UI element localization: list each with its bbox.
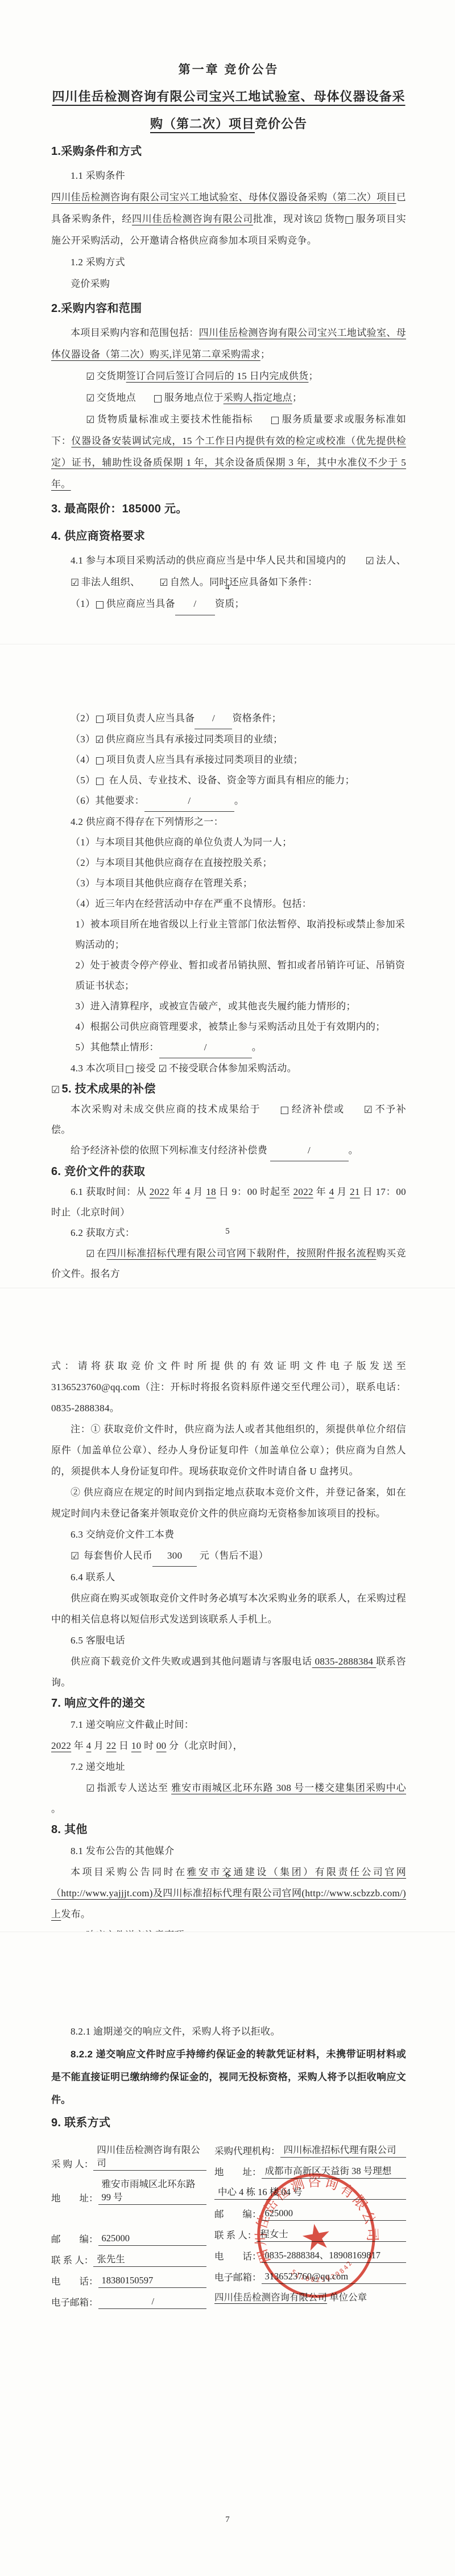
page-number: 5 xyxy=(0,1227,455,1236)
checkbox-checked-icon: ☑ xyxy=(346,557,375,566)
text-segment: 6. 竞价文件的获取 xyxy=(51,1165,145,1178)
text-segment: 8.2.2 递交响应文件时应手持缔约保证金的转款凭证材料，未携带证明材料或是不能… xyxy=(51,2049,406,2105)
subsection-7-1: 7.1 递交响应文件截止时间： xyxy=(51,1714,406,1735)
checkbox-line: ☑交货期签订合同后签订合同后的 15 日内完成供货； xyxy=(51,365,406,387)
contact-value: 程女士 xyxy=(257,2228,406,2242)
text-segment: （4） xyxy=(71,754,95,765)
checkbox-empty-icon: □ xyxy=(136,394,163,404)
subsection-6-3: 6.3 交纳竞价文件工本费 xyxy=(51,1524,406,1545)
checkbox-checked-icon: ☑ xyxy=(69,394,95,404)
text-segment: （1） xyxy=(71,598,95,609)
text-segment: 1.2 采购方式 xyxy=(71,257,125,268)
text-segment: 4 xyxy=(185,1186,191,1197)
document: 第一章 竞价公告四川佳岳检测咨询有限公司宝兴工地试验室、母体仪器设备采购（第二次… xyxy=(0,0,455,2576)
text-segment: 00 xyxy=(156,1740,167,1751)
text-segment: 8. 其他 xyxy=(51,1823,88,1836)
contact-value: 18380150597 xyxy=(98,2274,207,2288)
text-segment: ； xyxy=(308,371,318,381)
list-item: （6）其他要求：/。 xyxy=(51,791,406,812)
list-item: （2）与本项目其他供应商存在直接控股关系； xyxy=(51,853,406,873)
subsection-8-2-1: 8.2.1 逾期递交的响应文件，采购人将予以拒收。 xyxy=(51,2020,406,2043)
text-segment: 购（第二次）项目 xyxy=(150,117,255,131)
text-segment: 8.1 发布公告的其他媒介 xyxy=(71,1846,174,1856)
text-segment: 5）其他禁止情形： xyxy=(76,1042,159,1053)
contact-row: 电 话：0835-2888384、18908169817 xyxy=(214,2249,406,2263)
section-heading-6: 6. 竞价文件的获取 xyxy=(51,1161,406,1182)
section-heading-4: 4. 供应商资格要求 xyxy=(51,523,406,550)
checkbox-empty-icon: □ xyxy=(95,777,104,786)
list-item: （4）近三年内在经营活动中存在严重不良情形。包括： xyxy=(51,894,406,914)
checkbox-empty-icon: □ xyxy=(95,714,104,724)
contact-label: 采 购 人： xyxy=(51,2158,93,2171)
contact-label: 电 话： xyxy=(51,2275,98,2288)
checkbox-empty-icon: □ xyxy=(260,1106,289,1115)
text-segment: 批准，现对该 xyxy=(253,213,313,224)
contact-value: 625000 xyxy=(262,2207,406,2221)
section-heading-7: 7. 响应文件的递交 xyxy=(51,1693,406,1714)
text-segment: 。 xyxy=(51,1803,61,1814)
text-segment: 7. 响应文件的递交 xyxy=(51,1697,145,1710)
subsection-6-5: 6.5 客服电话 xyxy=(51,1630,406,1651)
list-item: （3）☑供应商应当具有承接过同类项目的业绩； xyxy=(51,729,406,750)
list-subitem: 2）处于被责令停产停业、暂扣或者吊销执照、暂扣或者吊销许可证、吊销资质证书状态； xyxy=(51,955,406,996)
subsection-7-2: 7.2 递交地址 xyxy=(51,1756,406,1777)
text-segment: 供应商应当具有承接过同类项目的业绩； xyxy=(106,734,283,745)
text-segment: （2） xyxy=(71,713,95,724)
section-heading-3: 3. 最高限价：185000 元。 xyxy=(51,495,406,523)
page-number: 7 xyxy=(0,2515,455,2525)
checkbox-empty-icon: □ xyxy=(345,215,354,225)
seal-caption-company: 四川佳岳检测咨询有限公司 xyxy=(214,2292,327,2303)
text-segment: 6.4 联系人 xyxy=(71,1572,115,1583)
text-segment: 6.3 交纳竞价文件工本费 xyxy=(71,1529,174,1540)
text-segment: 5. 技术成果的补偿 xyxy=(62,1083,156,1095)
contact-row: 地 址：雅安市雨城区北环东路 99 号 xyxy=(51,2178,206,2205)
seal-caption: 四川佳岳检测咨询有限公司 单位公章 xyxy=(214,2291,406,2304)
contact-label: 地 址： xyxy=(51,2192,98,2205)
list-subitem: 4）根据公司供应商管理要求，被禁止参与采购活动且处于有效期内的； xyxy=(51,1017,406,1037)
paragraph: 供应商下载竞价文件失败或遇到其他问题请与客服电话 0835-2888384 联系… xyxy=(51,1651,406,1693)
subsection-8-2: 8.2 响应文件递交注意事项： xyxy=(51,1925,406,1932)
text-segment: 货物 xyxy=(324,213,345,224)
text-segment: 项目负责人应当具备 xyxy=(106,713,195,724)
text-segment: 21 xyxy=(350,1186,360,1197)
checkbox-empty-icon: □ xyxy=(253,416,280,425)
text-segment: 服务地点位于 xyxy=(164,392,224,403)
page-number: 4 xyxy=(0,583,455,593)
contact-value: 张先生 xyxy=(93,2253,206,2267)
text-segment: 。 xyxy=(349,1145,358,1156)
contact-row xyxy=(51,2212,206,2225)
list-subitem: 3）进入清算程序，或被宣告破产，或其他丧失履约能力情形的； xyxy=(51,996,406,1017)
contact-label: 联 系 人： xyxy=(214,2229,257,2242)
text-segment: 3）进入清算程序，或被宣告破产，或其他丧失履约能力情形的； xyxy=(76,1001,356,1012)
text-segment: 四川佳岳检测咨询有限公司 xyxy=(132,213,253,224)
checkbox-checked-icon: ☑ xyxy=(69,372,95,382)
contact-label: 采购代理机构： xyxy=(214,2144,280,2158)
text-segment: 2.采购内容和范围 xyxy=(51,302,142,315)
text-segment: 本项目采购内容和范围包括： xyxy=(71,327,199,338)
text-segment: 1）被本项目所在地省级以上行业主管部门依法暂停、取消投标或禁止参加采购活动的； xyxy=(76,919,406,950)
page-6: 式：请将获取竞价文件时所提供的有效证明文件电子版发送至 3136523760@q… xyxy=(0,1288,455,1932)
seal-caption-suffix: 单位公章 xyxy=(327,2292,367,2303)
text-segment: （2）与本项目其他供应商存在直接控股关系； xyxy=(71,857,272,868)
fill-in-blank: / xyxy=(195,708,232,729)
text-segment: 4.3 本次项目 xyxy=(71,1063,125,1074)
text-segment: 年 xyxy=(313,1186,329,1197)
text-segment: 22 xyxy=(106,1740,117,1751)
text-segment: 交货期 xyxy=(97,371,126,381)
checkbox-checked-icon: ☑ xyxy=(313,215,322,225)
text-segment: 4.2 供应商不得存在下列情形之一： xyxy=(71,816,224,827)
text-segment: 元（售后不退） xyxy=(197,1550,268,1561)
text-segment: 雅安市雨城区北环东路 308 号一楼交建集团采购中心 xyxy=(171,1782,406,1793)
text-segment: 2022 xyxy=(150,1186,169,1197)
checkbox-checked-icon: ☑ xyxy=(51,1086,60,1095)
fill-in-blank: / xyxy=(270,1140,349,1161)
text-segment: 9. 联系方式 xyxy=(51,2117,110,2129)
contact-row: 电子邮箱：/ xyxy=(51,2295,206,2309)
contact-row: 地 址：成都市高新区天益街 38 号理想 xyxy=(214,2164,406,2179)
text-segment: 年 xyxy=(169,1186,185,1197)
text-segment: 供应商在购买或领取竞价文件时务必填写本次采购业务的联系人，在采购过程中的相关信息… xyxy=(51,1593,406,1625)
document-title-line-2: 购（第二次）项目竞价公告 xyxy=(51,110,406,138)
contact-info-block: 采 购 人：四川佳岳检测咨询有限公司地 址：雅安市雨城区北环东路 99 号邮 编… xyxy=(51,2143,406,2316)
text-segment: 4.1 参与本项目采购活动的供应商应当是中华人民共和国境内的 xyxy=(71,555,346,566)
paragraph: 供应商在购买或领取竞价文件时务必填写本次采购业务的联系人，在采购过程中的相关信息… xyxy=(51,1588,406,1630)
text-segment: 2）处于被责令停产停业、暂扣或者吊销执照、暂扣或者吊销许可证、吊销资质证书状态； xyxy=(76,960,406,991)
document-title-line-1: 四川佳岳检测咨询有限公司宝兴工地试验室、母体仪器设备采 xyxy=(51,83,406,110)
contact-label: 电 话： xyxy=(214,2250,262,2263)
subsection-8-2-2: 8.2.2 递交响应文件时应手持缔约保证金的转款凭证材料，未携带证明材料或是不能… xyxy=(51,2043,406,2111)
contact-value: 四川标准招标代理有限公司 xyxy=(280,2143,406,2158)
contact-value: 0835-2888384、18908169817 xyxy=(262,2249,406,2263)
checkbox-empty-icon: □ xyxy=(95,756,104,766)
text-segment: ； xyxy=(292,392,302,403)
contact-value: 3136523760@qq.com xyxy=(262,2270,406,2284)
text-segment: 第一章 竞价公告 xyxy=(179,63,279,76)
contact-value: / xyxy=(98,2295,207,2309)
subsection-4-2: 4.2 供应商不得存在下列情形之一： xyxy=(51,812,406,832)
list-item: （1）□供应商应当具备/资质； xyxy=(51,593,406,615)
checkbox-checked-icon: ☑ xyxy=(69,1250,95,1259)
text-segment: （1）与本项目其他供应商的单位负责人为同一人； xyxy=(71,837,292,848)
text-segment: ； xyxy=(260,349,270,360)
text-segment: 在 xyxy=(97,1248,107,1259)
text-segment: 4. 供应商资格要求 xyxy=(51,530,145,543)
text-segment: 每套售价人民币 xyxy=(81,1550,153,1561)
checkbox-line: ☑在四川标准招标代理有限公司官网下载附件，按照附件报名流程购买竞价文件。报名方 xyxy=(51,1243,406,1284)
text-segment: 货物质量标准或主要技术性能指标 xyxy=(97,414,253,425)
text-segment: 采购人指定地点 xyxy=(224,392,292,403)
text-segment: 经济补偿或 xyxy=(291,1104,345,1115)
text-segment: 给予经济补偿的依照下列标准支付经济补偿费 xyxy=(71,1145,270,1156)
page-number: 6 xyxy=(0,1871,455,1880)
subsection-1-1: 1.1 采购条件 xyxy=(51,165,406,187)
contact-label: 电子邮箱： xyxy=(51,2296,98,2309)
text-segment: 日 9：00 时起至 xyxy=(216,1186,293,1197)
paragraph: 四川佳岳检测咨询有限公司宝兴工地试验室、母体仪器设备采购（第二次）项目已具备采购… xyxy=(51,187,406,252)
text-segment: 竞价采购 xyxy=(71,278,110,289)
paragraph: 本次采购对未成交供应商的技术成果给于□经济补偿或☑不予补偿。 xyxy=(51,1099,406,1140)
text-segment: 10 xyxy=(131,1740,142,1751)
text-segment: 指派专人送达至 xyxy=(97,1782,171,1793)
text-segment: 分（北京时间）， xyxy=(166,1740,242,1751)
text-segment: 四川佳岳检测咨询有限公司宝兴工地试验室、母体仪器设备采购（第二次）项目 xyxy=(51,192,396,203)
text-segment: 四川标准招标代理有限公司官网下载附件，按照附件报名流程 xyxy=(107,1248,377,1259)
contact-row: 邮 编：625000 xyxy=(51,2232,206,2246)
contact-row: 采购代理机构：四川标准招标代理有限公司 xyxy=(214,2143,406,2158)
text-segment: 仪器设备安装调试完成，15 个工作日内提供有效的检定或校准（优先提供检定）证书，… xyxy=(51,436,406,490)
text-segment: 。 xyxy=(252,1042,262,1053)
paragraph: 注：① 获取竞价文件时，供应商为法人或者其他组织的，须提供单位介绍信原件（加盖单… xyxy=(51,1419,406,1482)
checkbox-checked-icon: ☑ xyxy=(158,1065,167,1074)
contact-label: 地 址： xyxy=(214,2166,262,2179)
contact-value: 625000 xyxy=(98,2232,207,2246)
checkbox-line: ☑ 每套售价人民币300 元（售后不退） xyxy=(51,1545,406,1567)
text-segment: 0835-2888384 xyxy=(312,1656,377,1667)
text-segment: ② 供应商应在规定的时间内到指定地点获取本竞价文件，并登记备案，如在规定时间内未… xyxy=(51,1487,406,1519)
paragraph: ② 供应商应在规定的时间内到指定地点获取本竞价文件，并登记备案，如在规定时间内未… xyxy=(51,1482,406,1524)
text-segment: （3）与本项目其他供应商存在管理关系； xyxy=(71,878,253,889)
text-segment: 四川佳岳检测咨询有限公司宝兴工地试验室、母体仪器设备采 xyxy=(52,89,405,104)
text-segment: 日 xyxy=(116,1740,131,1751)
text-segment: 4）根据公司供应商管理要求，被禁止参与采购活动且处于有效期内的； xyxy=(76,1021,386,1032)
contact-column-right: 采购代理机构：四川标准招标代理有限公司地 址：成都市高新区天益街 38 号理想中… xyxy=(214,2143,406,2316)
page-5: （2）□项目负责人应当具备/资格条件；（3）☑供应商应当具有承接过同类项目的业绩… xyxy=(0,644,455,1288)
text-segment: 资质； xyxy=(215,598,245,609)
checkbox-checked-icon: ☑ xyxy=(69,416,95,425)
list-item: （1）与本项目其他供应商的单位负责人为同一人； xyxy=(51,832,406,853)
section-heading-5: ☑5. 技术成果的补偿 xyxy=(51,1079,406,1099)
contact-row: 联 系 人：程女士 xyxy=(214,2228,406,2242)
fill-in-blank: / xyxy=(159,1037,252,1058)
text-segment: 2022 xyxy=(293,1186,313,1197)
section-heading-9: 9. 联系方式 xyxy=(51,2111,406,2134)
text-segment: 式：请将获取竞价文件时所提供的有效证明文件电子版发送至 3136523760@q… xyxy=(51,1361,406,1414)
text-segment: 项目负责人应当具有承接过同类项目的业绩； xyxy=(106,754,303,765)
contact-label: 联 系 人： xyxy=(51,2254,93,2267)
text-segment: 时 xyxy=(141,1740,156,1751)
section-heading-2: 2.采购内容和范围 xyxy=(51,295,406,322)
text-segment: 不接受联合体参加采购活动。 xyxy=(169,1063,297,1074)
list-item: （3）与本项目其他供应商存在管理关系； xyxy=(51,873,406,894)
list-subitem: 1）被本项目所在地省级以上行业主管部门依法暂停、取消投标或禁止参加采购活动的； xyxy=(51,914,406,955)
text-segment: 6.5 客服电话 xyxy=(71,1635,125,1646)
subsection-6-4: 6.4 联系人 xyxy=(51,1567,406,1588)
text-segment: （4）近三年内在经营活动中存在严重不良情形。包括： xyxy=(71,898,312,909)
contact-label: 电子邮箱： xyxy=(214,2271,262,2284)
paragraph: 给予经济补偿的依照下列标准支付经济补偿费 /。 xyxy=(51,1140,406,1161)
list-item: （4）□项目负责人应当具有承接过同类项目的业绩； xyxy=(51,750,406,770)
text-segment: 交货地点 xyxy=(97,392,136,403)
contact-value: 四川佳岳检测咨询有限公司 xyxy=(93,2143,206,2171)
text-segment: 竞价公告 xyxy=(255,117,307,131)
subsection-8-1: 8.1 发布公告的其他媒介 xyxy=(51,1840,406,1862)
text-segment: 接受 xyxy=(136,1063,158,1074)
page-4: 第一章 竞价公告四川佳岳检测咨询有限公司宝兴工地试验室、母体仪器设备采购（第二次… xyxy=(0,0,455,644)
text-segment: 注：① 获取竞价文件时，供应商为法人或者其他组织的，须提供单位介绍信原件（加盖单… xyxy=(51,1424,406,1477)
contact-value: 中心 4 栋 16 楼 04 号 xyxy=(214,2185,406,2200)
contact-column-left: 采 购 人：四川佳岳检测咨询有限公司地 址：雅安市雨城区北环东路 99 号邮 编… xyxy=(51,2143,214,2316)
text-segment: 。 xyxy=(234,795,244,806)
paragraph: 式：请将获取竞价文件时所提供的有效证明文件电子版发送至 3136523760@q… xyxy=(51,1355,406,1419)
text-segment: 月 xyxy=(191,1186,206,1197)
checkbox-line: ☑指派专人送达至 雅安市雨城区北环东路 308 号一楼交建集团采购中心 。 xyxy=(51,1777,406,1819)
text-segment: 月 xyxy=(91,1740,106,1751)
list-item: （5）□ 在人员、专业技术、设备、资金等方面具有相应的能力； xyxy=(51,770,406,791)
list-item: （2）□项目负责人应当具备/资格条件； xyxy=(51,708,406,729)
text-segment: 在人员、专业技术、设备、资金等方面具有相应的能力； xyxy=(106,775,355,786)
text-segment: 本次采购对未成交供应商的技术成果给于 xyxy=(71,1104,260,1115)
checkbox-line: ☑交货地点□服务地点位于采购人指定地点； xyxy=(51,387,406,409)
text-segment: 签订合同后签订合同后的 15 日内完成供货 xyxy=(126,371,309,381)
fill-in-blank: / xyxy=(144,791,234,812)
text-segment: 3. 最高限价：185000 元。 xyxy=(51,503,188,515)
text-segment: 8.2.1 逾期递交的响应文件，采购人将予以拒收。 xyxy=(71,2026,280,2037)
text-segment: 供应商应当具备 xyxy=(106,598,175,609)
section-heading-1: 1.采购条件和方式 xyxy=(51,138,406,165)
subsection-4-3: 4.3 本次项目□接受 ☑不接受联合体参加采购活动。 xyxy=(51,1058,406,1079)
checkbox-checked-icon: ☑ xyxy=(71,1552,80,1562)
contact-row: 邮 编：625000 xyxy=(214,2207,406,2221)
contact-row: 电 话：18380150597 xyxy=(51,2274,206,2288)
contact-value: 雅安市雨城区北环东路 99 号 xyxy=(98,2178,207,2205)
checkbox-empty-icon: □ xyxy=(125,1065,134,1074)
checkbox-line: ☑货物质量标准或主要技术性能指标□服务质量要求或服务标准如下：仪器设备安装调试完… xyxy=(51,409,406,495)
contact-row: 中心 4 栋 16 楼 04 号 xyxy=(214,2185,406,2200)
fill-in-blank: / xyxy=(175,593,215,615)
text-segment: 2022 xyxy=(51,1740,71,1751)
contact-label: 邮 编： xyxy=(51,2233,98,2246)
contact-row: 电子邮箱：3136523760@qq.com xyxy=(214,2270,406,2284)
text-segment: 资格条件； xyxy=(232,713,282,724)
text-segment: 发布。 xyxy=(61,1909,90,1920)
text-line: 竞价采购 xyxy=(51,273,406,295)
contact-value: 成都市高新区天益街 38 号理想 xyxy=(262,2164,406,2179)
contact-label: 邮 编： xyxy=(214,2208,262,2221)
text-segment: 法人、 xyxy=(376,555,406,566)
checkbox-empty-icon: □ xyxy=(95,600,104,610)
subsection-1-2: 1.2 采购方式 xyxy=(51,252,406,273)
paragraph: 6.1 获取时间：从 2022 年 4 月 18 日 9：00 时起至 2022… xyxy=(51,1182,406,1223)
text-segment: 7.2 递交地址 xyxy=(71,1761,125,1772)
contact-row: 联 系 人：张先生 xyxy=(51,2253,206,2267)
chapter-heading: 第一章 竞价公告 xyxy=(51,57,406,83)
checkbox-checked-icon: ☑ xyxy=(69,1784,95,1794)
deadline-line: 2022 年 4 月 22 日 10 时 00 分（北京时间）， xyxy=(51,1735,406,1756)
text-segment: 年 xyxy=(71,1740,86,1751)
fill-in-blank: 300 xyxy=(152,1545,197,1567)
page-7: 8.2.1 逾期递交的响应文件，采购人将予以拒收。8.2.2 递交响应文件时应手… xyxy=(0,1932,455,2576)
text-segment: （3） xyxy=(71,734,95,745)
checkbox-checked-icon: ☑ xyxy=(95,736,104,745)
text-segment: （5） xyxy=(71,775,95,786)
text-segment: 1.采购条件和方式 xyxy=(51,145,142,158)
text-segment: 1.1 采购条件 xyxy=(71,170,125,181)
text-segment: 月 xyxy=(334,1186,350,1197)
list-subitem: 5）其他禁止情形：/。 xyxy=(51,1037,406,1058)
text-segment: 6.1 获取时间：从 xyxy=(71,1186,150,1197)
section-heading-8: 8. 其他 xyxy=(51,1819,406,1840)
contact-row: 采 购 人：四川佳岳检测咨询有限公司 xyxy=(51,2143,206,2171)
text-segment: 供应商下载竞价文件失败或遇到其他问题请与客服电话 xyxy=(71,1656,312,1667)
text-segment: 18 xyxy=(206,1186,216,1197)
text-segment: （6）其他要求： xyxy=(71,795,144,806)
paragraph: 本项目采购内容和范围包括：四川佳岳检测咨询有限公司宝兴工地试验室、母体仪器设备（… xyxy=(51,322,406,365)
checkbox-checked-icon: ☑ xyxy=(345,1106,373,1115)
text-segment: 7.1 递交响应文件截止时间： xyxy=(71,1719,194,1730)
